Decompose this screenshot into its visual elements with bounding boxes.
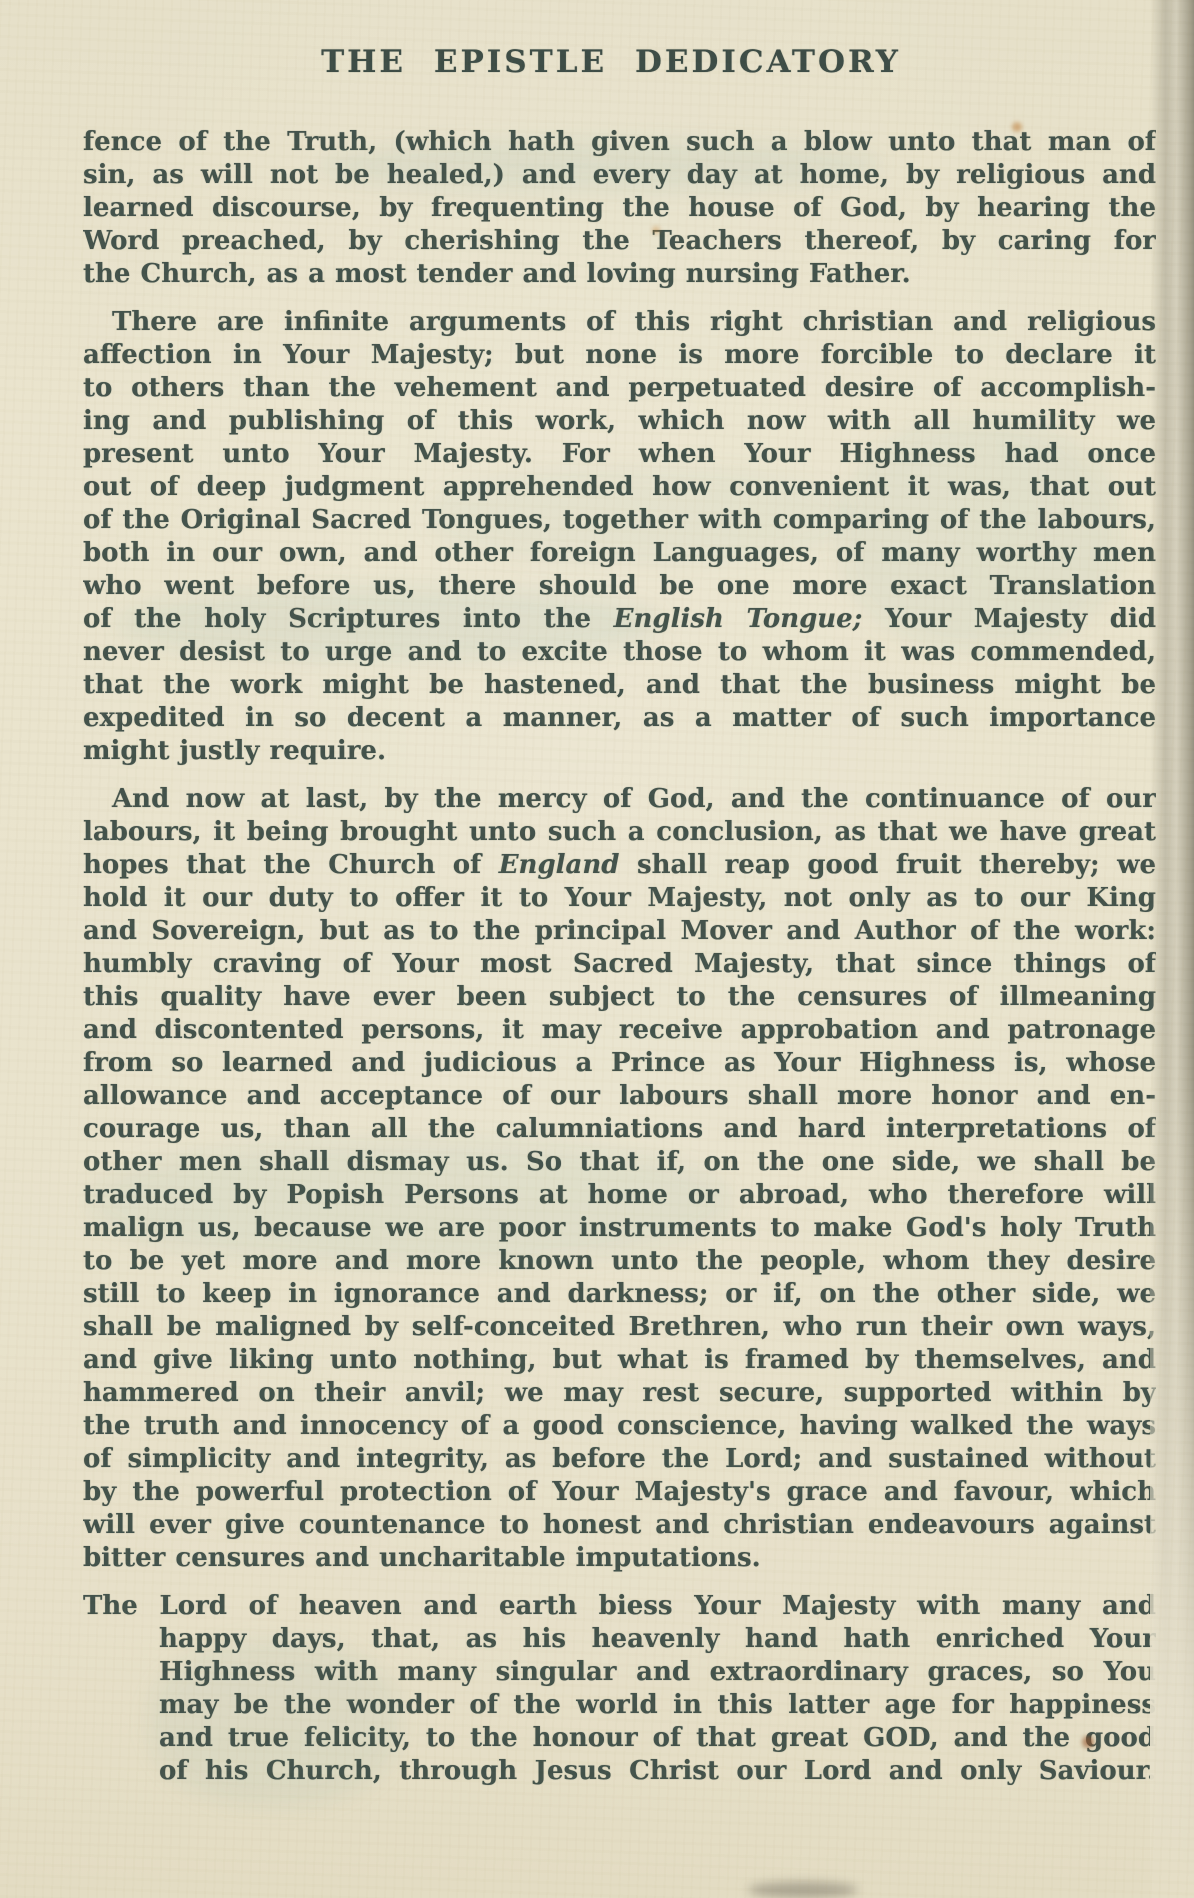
italic-text: England: [499, 850, 620, 880]
text-line: hopes that the Church of England shall r…: [83, 849, 1156, 882]
text-line: courage us, than all the calumniations a…: [83, 1113, 1156, 1146]
text-line: There are infinite arguments of this rig…: [83, 306, 1156, 339]
page-edge-shadow: [1150, 0, 1194, 1898]
body-text: to be yet more and more known unto the p…: [83, 1246, 1156, 1276]
body-text: both in our own, and other foreign Langu…: [83, 538, 1156, 568]
text-line: Highness with many singular and extraord…: [83, 1656, 1156, 1689]
body-text: traduced by Popish Persons at home or ab…: [83, 1180, 1156, 1210]
body-text: hold it our duty to offer it to Your Maj…: [83, 883, 1156, 913]
text-line: this quality have ever been subject to t…: [83, 981, 1156, 1014]
body-text: might justly require.: [83, 736, 386, 766]
body-text: of the holy Scriptures into the: [83, 604, 614, 634]
text-line: fence of the Truth, (which hath given su…: [83, 126, 1156, 159]
text-line: and Sovereign, but as to the principal M…: [83, 915, 1156, 948]
text-line: allowance and acceptance of our labours …: [83, 1080, 1156, 1113]
body-text: this quality have ever been subject to t…: [83, 982, 1156, 1012]
body-text: and discontented persons, it may receive…: [83, 1015, 1156, 1045]
body-text: humbly craving of Your most Sacred Majes…: [83, 949, 1156, 979]
body-text: still to keep in ignorance and darkness;…: [83, 1279, 1156, 1309]
text-block: fence of the Truth, (which hath given su…: [83, 126, 1156, 1788]
body-text: hopes that the Church of: [83, 850, 499, 880]
body-text: to others than the vehement and perpetua…: [83, 373, 1156, 403]
body-text: may be the wonder of the world in this l…: [159, 1690, 1156, 1720]
text-line: by the powerful protection of Your Majes…: [83, 1476, 1156, 1509]
text-line: hold it our duty to offer it to Your Maj…: [83, 882, 1156, 915]
paragraph-4: The Lord of heaven and earth biess Your …: [83, 1590, 1156, 1788]
text-line: other men shall dismay us. So that if, o…: [83, 1146, 1156, 1179]
body-text: happy days, that, as his heavenly hand h…: [159, 1624, 1156, 1654]
text-line: present unto Your Majesty. For when Your…: [83, 438, 1156, 471]
body-text: There are infinite arguments of this rig…: [112, 307, 1156, 337]
body-text: and true felicity, to the honour of that…: [159, 1723, 1156, 1753]
paragraph-1: fence of the Truth, (which hath given su…: [83, 126, 1156, 291]
text-line: still to keep in ignorance and darkness;…: [83, 1278, 1156, 1311]
body-text: expedited in so decent a manner, as a ma…: [83, 703, 1156, 733]
body-text: Word preached, by cherishing the Teacher…: [83, 226, 1156, 256]
text-line: and true felicity, to the honour of that…: [83, 1722, 1156, 1755]
body-text: will ever give countenance to honest and…: [83, 1510, 1156, 1540]
text-line: to be yet more and more known unto the p…: [83, 1245, 1156, 1278]
text-line: who went before us, there should be one …: [83, 570, 1156, 603]
paragraph-3: And now at last, by the mercy of God, an…: [83, 783, 1156, 1575]
body-text: from so learned and judicious a Prince a…: [83, 1048, 1156, 1078]
text-line: ing and publishing of this work, which n…: [83, 405, 1156, 438]
text-line: sin, as will not be healed,) and every d…: [83, 159, 1156, 192]
body-text: out of deep judgment apprehended how con…: [83, 472, 1156, 502]
body-text: present unto Your Majesty. For when Your…: [83, 439, 1156, 469]
text-line: may be the wonder of the world in this l…: [83, 1689, 1156, 1722]
text-line: of the holy Scriptures into the English …: [83, 603, 1156, 636]
text-line: affection in Your Majesty; but none is m…: [83, 339, 1156, 372]
text-line: never desist to urge and to excite those…: [83, 636, 1156, 669]
book-page: THE EPISTLE DEDICATORY fence of the Trut…: [0, 0, 1194, 1898]
body-text: and give liking unto nothing, but what i…: [83, 1345, 1156, 1375]
text-line: both in our own, and other foreign Langu…: [83, 537, 1156, 570]
page-title: THE EPISTLE DEDICATORY: [61, 44, 1161, 80]
text-line: happy days, that, as his heavenly hand h…: [83, 1623, 1156, 1656]
bottom-edge-smudge: [748, 1882, 858, 1898]
text-line: of simplicity and integrity, as before t…: [83, 1443, 1156, 1476]
body-text: never desist to urge and to excite those…: [83, 637, 1156, 667]
text-line: of the Original Sacred Tongues, together…: [83, 504, 1156, 537]
body-text: Your Majesty did: [862, 604, 1156, 634]
text-line: And now at last, by the mercy of God, an…: [83, 783, 1156, 816]
body-text: of simplicity and integrity, as before t…: [83, 1444, 1156, 1474]
body-text: who went before us, there should be one …: [83, 571, 1156, 601]
body-text: and Sovereign, but as to the principal M…: [83, 916, 1156, 946]
text-line: expedited in so decent a manner, as a ma…: [83, 702, 1156, 735]
body-text: ing and publishing of this work, which n…: [83, 406, 1156, 436]
body-text: hammered on their anvil; we may rest sec…: [83, 1378, 1156, 1408]
body-text: sin, as will not be healed,) and every d…: [83, 160, 1156, 190]
body-text: fence of the Truth, (which hath given su…: [83, 127, 1156, 157]
body-text: allowance and acceptance of our labours …: [83, 1081, 1156, 1111]
text-line: that the work might be hastened, and tha…: [83, 669, 1156, 702]
text-line: the Church, as a most tender and loving …: [83, 258, 1156, 291]
page-edge-shadow-fade: [1150, 1050, 1194, 1898]
text-line: traduced by Popish Persons at home or ab…: [83, 1179, 1156, 1212]
body-text: The Lord of heaven and earth biess Your …: [83, 1591, 1156, 1621]
text-line: malign us, because we are poor instrumen…: [83, 1212, 1156, 1245]
text-line: the truth and innocency of a good consci…: [83, 1410, 1156, 1443]
text-line: humbly craving of Your most Sacred Majes…: [83, 948, 1156, 981]
text-line: of his Church, through Jesus Christ our …: [83, 1755, 1156, 1788]
body-text: by the powerful protection of Your Majes…: [83, 1477, 1156, 1507]
body-text: courage us, than all the calumniations a…: [83, 1114, 1156, 1144]
text-line: out of deep judgment apprehended how con…: [83, 471, 1156, 504]
body-text: shall be maligned by self-conceited Bret…: [83, 1312, 1156, 1342]
text-line: to others than the vehement and perpetua…: [83, 372, 1156, 405]
body-text: the truth and innocency of a good consci…: [83, 1411, 1156, 1441]
body-text: of his Church, through Jesus Christ our …: [159, 1756, 1156, 1786]
body-text: the Church, as a most tender and loving …: [83, 259, 911, 289]
text-line: labours, it being brought unto such a co…: [83, 816, 1156, 849]
text-line: learned discourse, by frequenting the ho…: [83, 192, 1156, 225]
body-text: shall reap good fruit thereby; we: [619, 850, 1156, 880]
body-text: malign us, because we are poor instrumen…: [83, 1213, 1156, 1243]
body-text: that the work might be hastened, and tha…: [83, 670, 1156, 700]
text-line: will ever give countenance to honest and…: [83, 1509, 1156, 1542]
body-text: And now at last, by the mercy of God, an…: [112, 784, 1156, 814]
body-text: other men shall dismay us. So that if, o…: [83, 1147, 1156, 1177]
body-text: learned discourse, by frequenting the ho…: [83, 193, 1156, 223]
text-line: bitter censures and uncharitable imputat…: [83, 1542, 1156, 1575]
body-text: labours, it being brought unto such a co…: [83, 817, 1156, 847]
body-text: bitter censures and uncharitable imputat…: [83, 1543, 761, 1573]
text-line: from so learned and judicious a Prince a…: [83, 1047, 1156, 1080]
text-line: Word preached, by cherishing the Teacher…: [83, 225, 1156, 258]
body-text: of the Original Sacred Tongues, together…: [83, 505, 1156, 535]
body-text: Highness with many singular and extraord…: [159, 1657, 1156, 1687]
text-line: The Lord of heaven and earth biess Your …: [83, 1590, 1156, 1623]
paragraph-2: There are infinite arguments of this rig…: [83, 306, 1156, 768]
text-line: hammered on their anvil; we may rest sec…: [83, 1377, 1156, 1410]
italic-text: English Tongue;: [614, 604, 863, 634]
text-line: might justly require.: [83, 735, 1156, 768]
text-line: and discontented persons, it may receive…: [83, 1014, 1156, 1047]
text-line: shall be maligned by self-conceited Bret…: [83, 1311, 1156, 1344]
text-line: and give liking unto nothing, but what i…: [83, 1344, 1156, 1377]
body-text: affection in Your Majesty; but none is m…: [83, 340, 1156, 370]
